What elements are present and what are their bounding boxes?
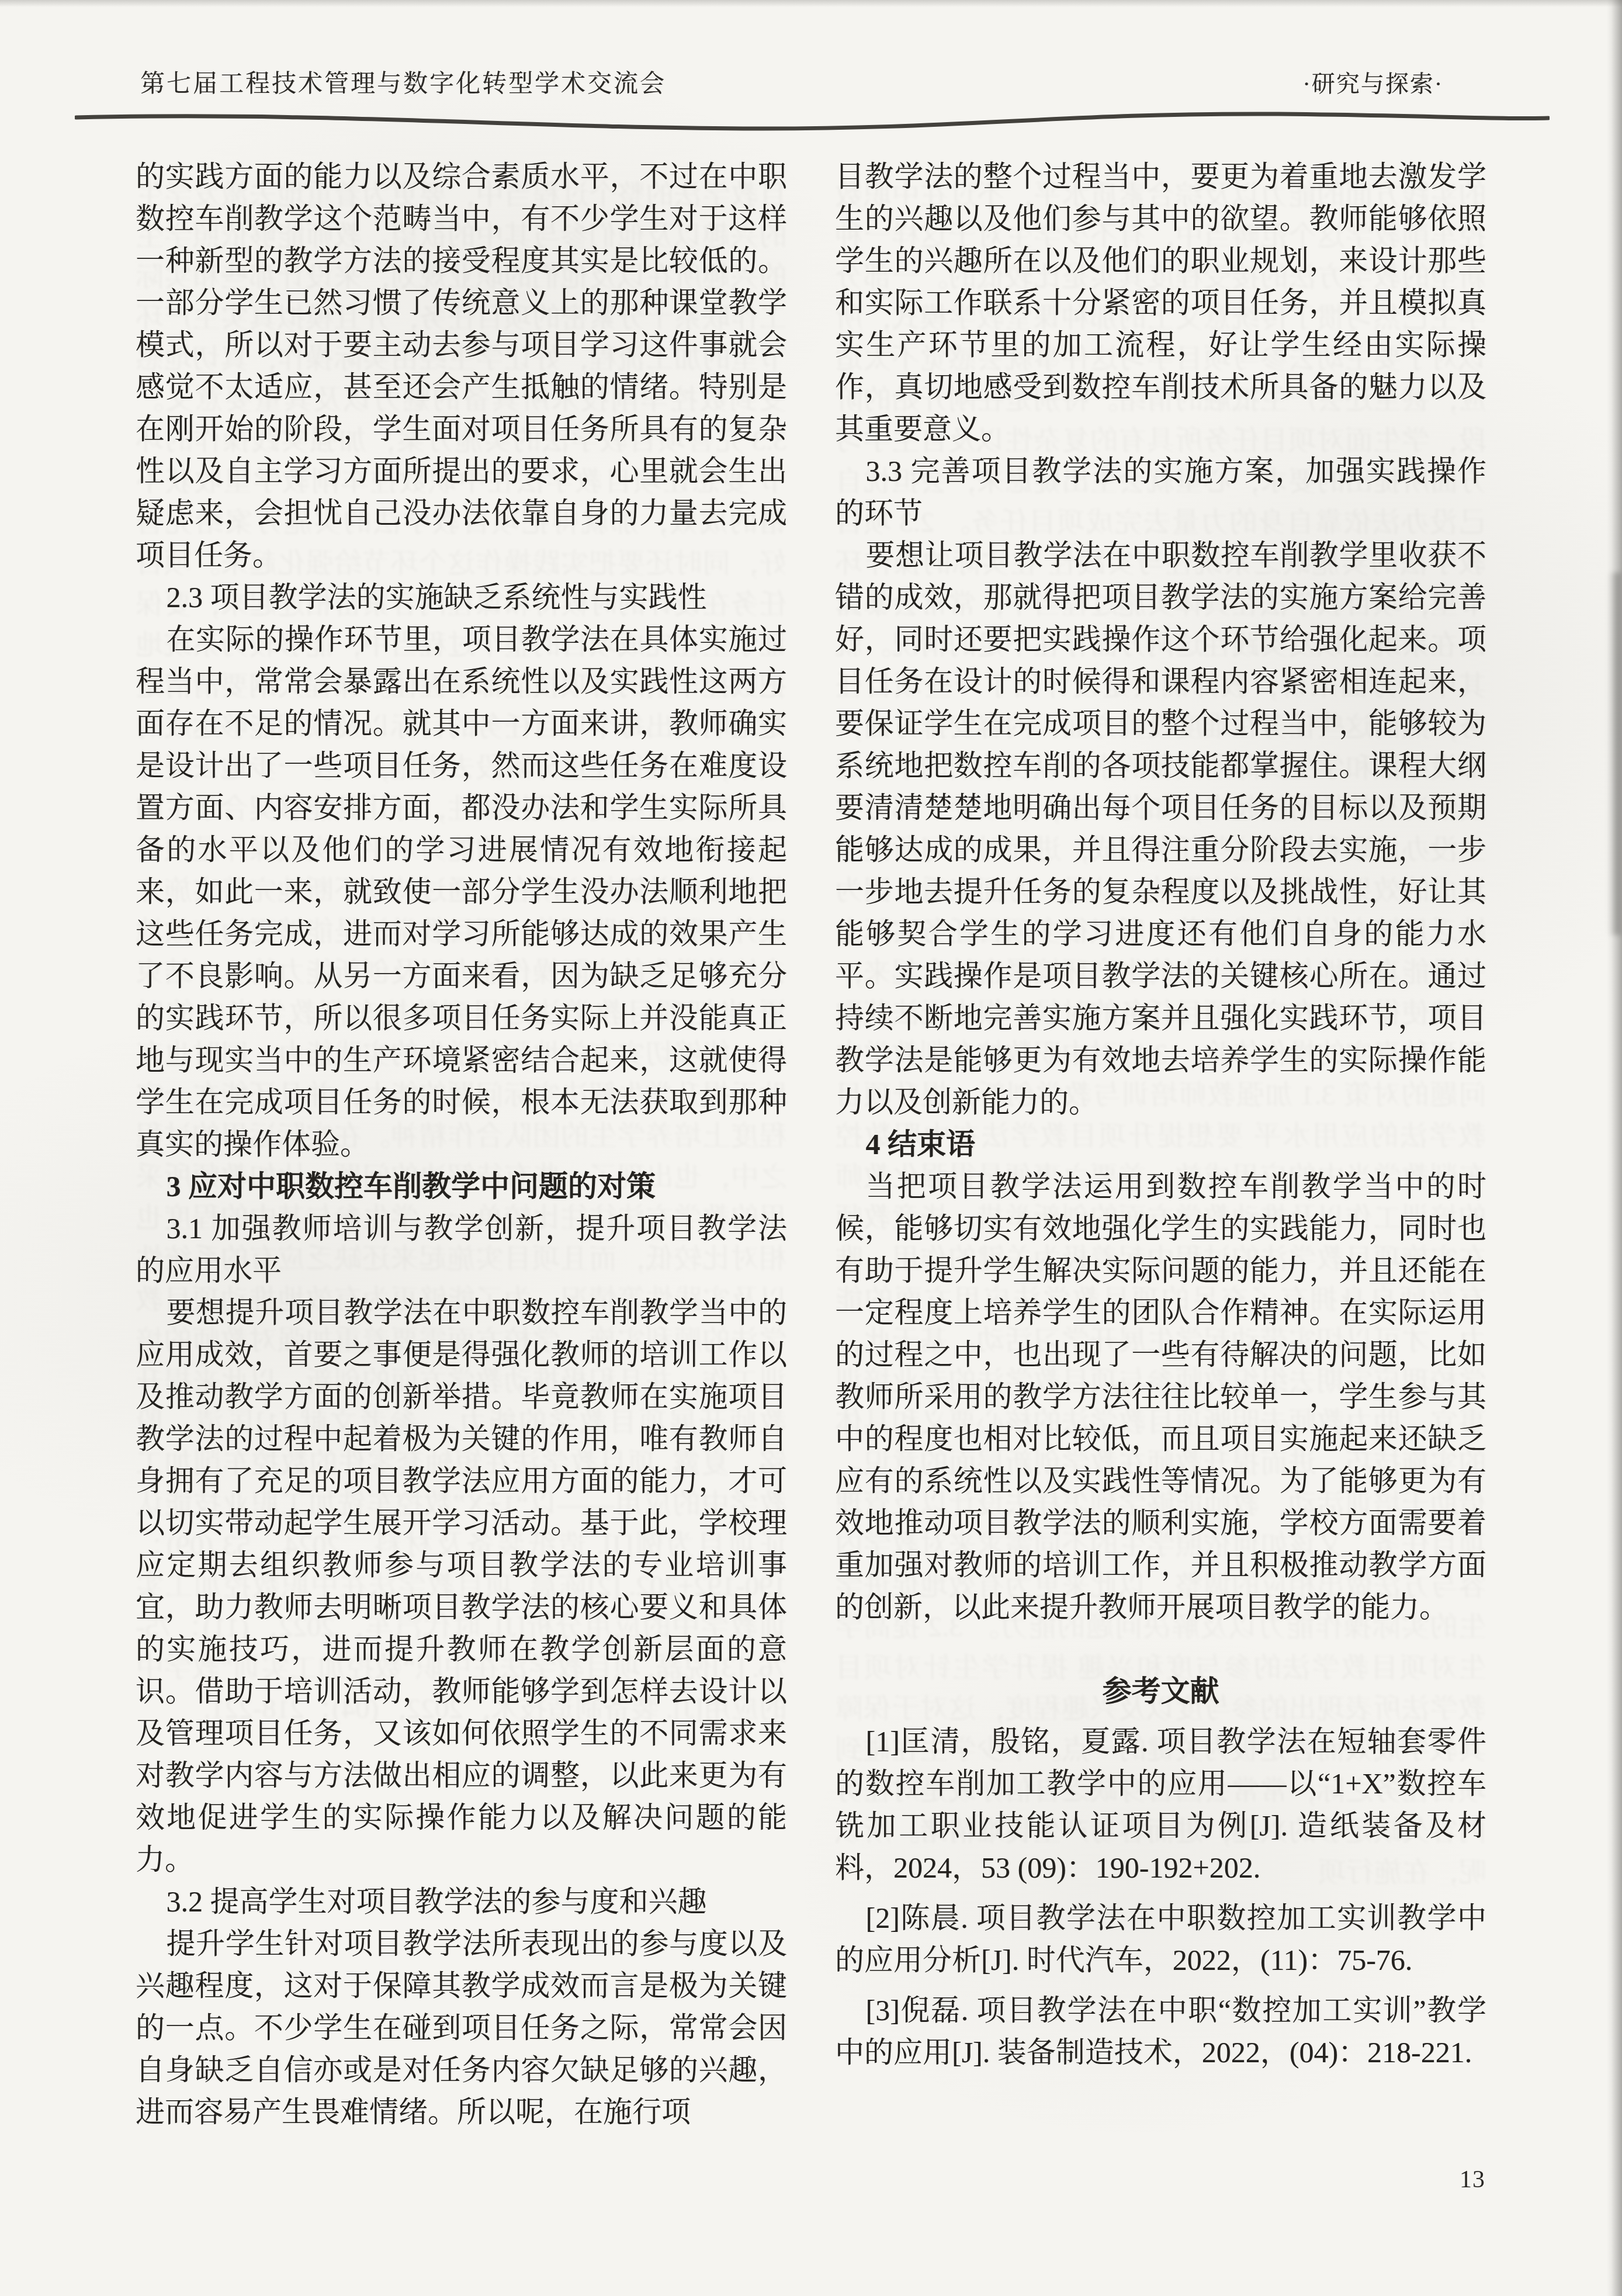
scan-smudge — [1608, 573, 1621, 935]
section-heading: 4 结束语 — [835, 1123, 1486, 1165]
journal-page: 第七届工程技术管理与数字化转型学术交流会 ·研究与探索· 目教学法的整个过程当中… — [0, 0, 1622, 2296]
paragraph: 的实践方面的能力以及综合素质水平，不过在中职数控车削教学这个范畴当中，有不少学生… — [136, 155, 787, 576]
left-column-text: 的实践方面的能力以及综合素质水平，不过在中职数控车削教学这个范畴当中，有不少学生… — [136, 155, 787, 2133]
conference-title: 第七届工程技术管理与数字化转型学术交流会 — [140, 64, 666, 99]
page-header: 第七届工程技术管理与数字化转型学术交流会 ·研究与探索· — [140, 64, 1443, 99]
reference-item: [2]陈晨. 项目教学法在中职数控加工实训教学中的应用分析[J]. 时代汽车，2… — [835, 1897, 1486, 1981]
section-label: ·研究与探索· — [1302, 65, 1443, 99]
left-column: 目教学法的整个过程当中，要更为着重地去激发学生的兴趣以及他们参与其中的欲望。教师… — [136, 155, 787, 2133]
section-heading: 3 应对中职数控车削教学中问题的对策 — [136, 1165, 787, 1207]
page-number: 13 — [1460, 2166, 1485, 2194]
section-subheading: 3.1 加强教师培训与教学创新，提升项目教学法的应用水平 — [136, 1207, 787, 1291]
right-column-text: 目教学法的整个过程当中，要更为着重地去激发学生的兴趣以及他们参与其中的欲望。教师… — [835, 155, 1486, 2073]
paragraph: 要想提升项目教学法在中职数控车削教学当中的应用成效，首要之事便是得强化教师的培训… — [136, 1291, 787, 1881]
scan-edge-top — [0, 0, 1622, 7]
header-rule — [75, 110, 1550, 136]
right-column: 的实践方面的能力以及综合素质水平，不过在中职数控车削教学这个范畴当中，有不少学生… — [835, 155, 1486, 2133]
paragraph: 在实际的操作环节里，项目教学法在具体实施过程当中，常常会暴露出在系统性以及实践性… — [136, 618, 787, 1165]
section-subheading: 3.2 提高学生对项目教学法的参与度和兴趣 — [136, 1881, 787, 1923]
article-body: 目教学法的整个过程当中，要更为着重地去激发学生的兴趣以及他们参与其中的欲望。教师… — [136, 155, 1486, 2133]
paragraph: 要想让项目教学法在中职数控车削教学里收获不错的成效，那就得把项目教学法的实施方案… — [835, 534, 1486, 1123]
paragraph: 当把项目教学法运用到数控车削教学当中的时候，能够切实有效地强化学生的实践能力，同… — [835, 1165, 1486, 1628]
paragraph: 目教学法的整个过程当中，要更为着重地去激发学生的兴趣以及他们参与其中的欲望。教师… — [835, 155, 1486, 450]
reference-item: [1]匡清，殷铭，夏露. 项目教学法在短轴套零件的数控车削加工教学中的应用——以… — [835, 1720, 1486, 1889]
paragraph: 提升学生针对项目教学法所表现出的参与度以及兴趣程度，这对于保障其教学成效而言是极… — [136, 1923, 787, 2133]
section-subheading: 3.3 完善项目教学法的实施方案，加强实践操作的环节 — [835, 450, 1486, 534]
scan-edge-right — [1607, 0, 1622, 2296]
section-subheading: 2.3 项目教学法的实施缺乏系统性与实践性 — [136, 576, 787, 618]
references-heading: 参考文献 — [835, 1670, 1486, 1712]
reference-item: [3]倪磊. 项目教学法在中职“数控加工实训”教学中的应用[J]. 装备制造技术… — [835, 1989, 1486, 2073]
